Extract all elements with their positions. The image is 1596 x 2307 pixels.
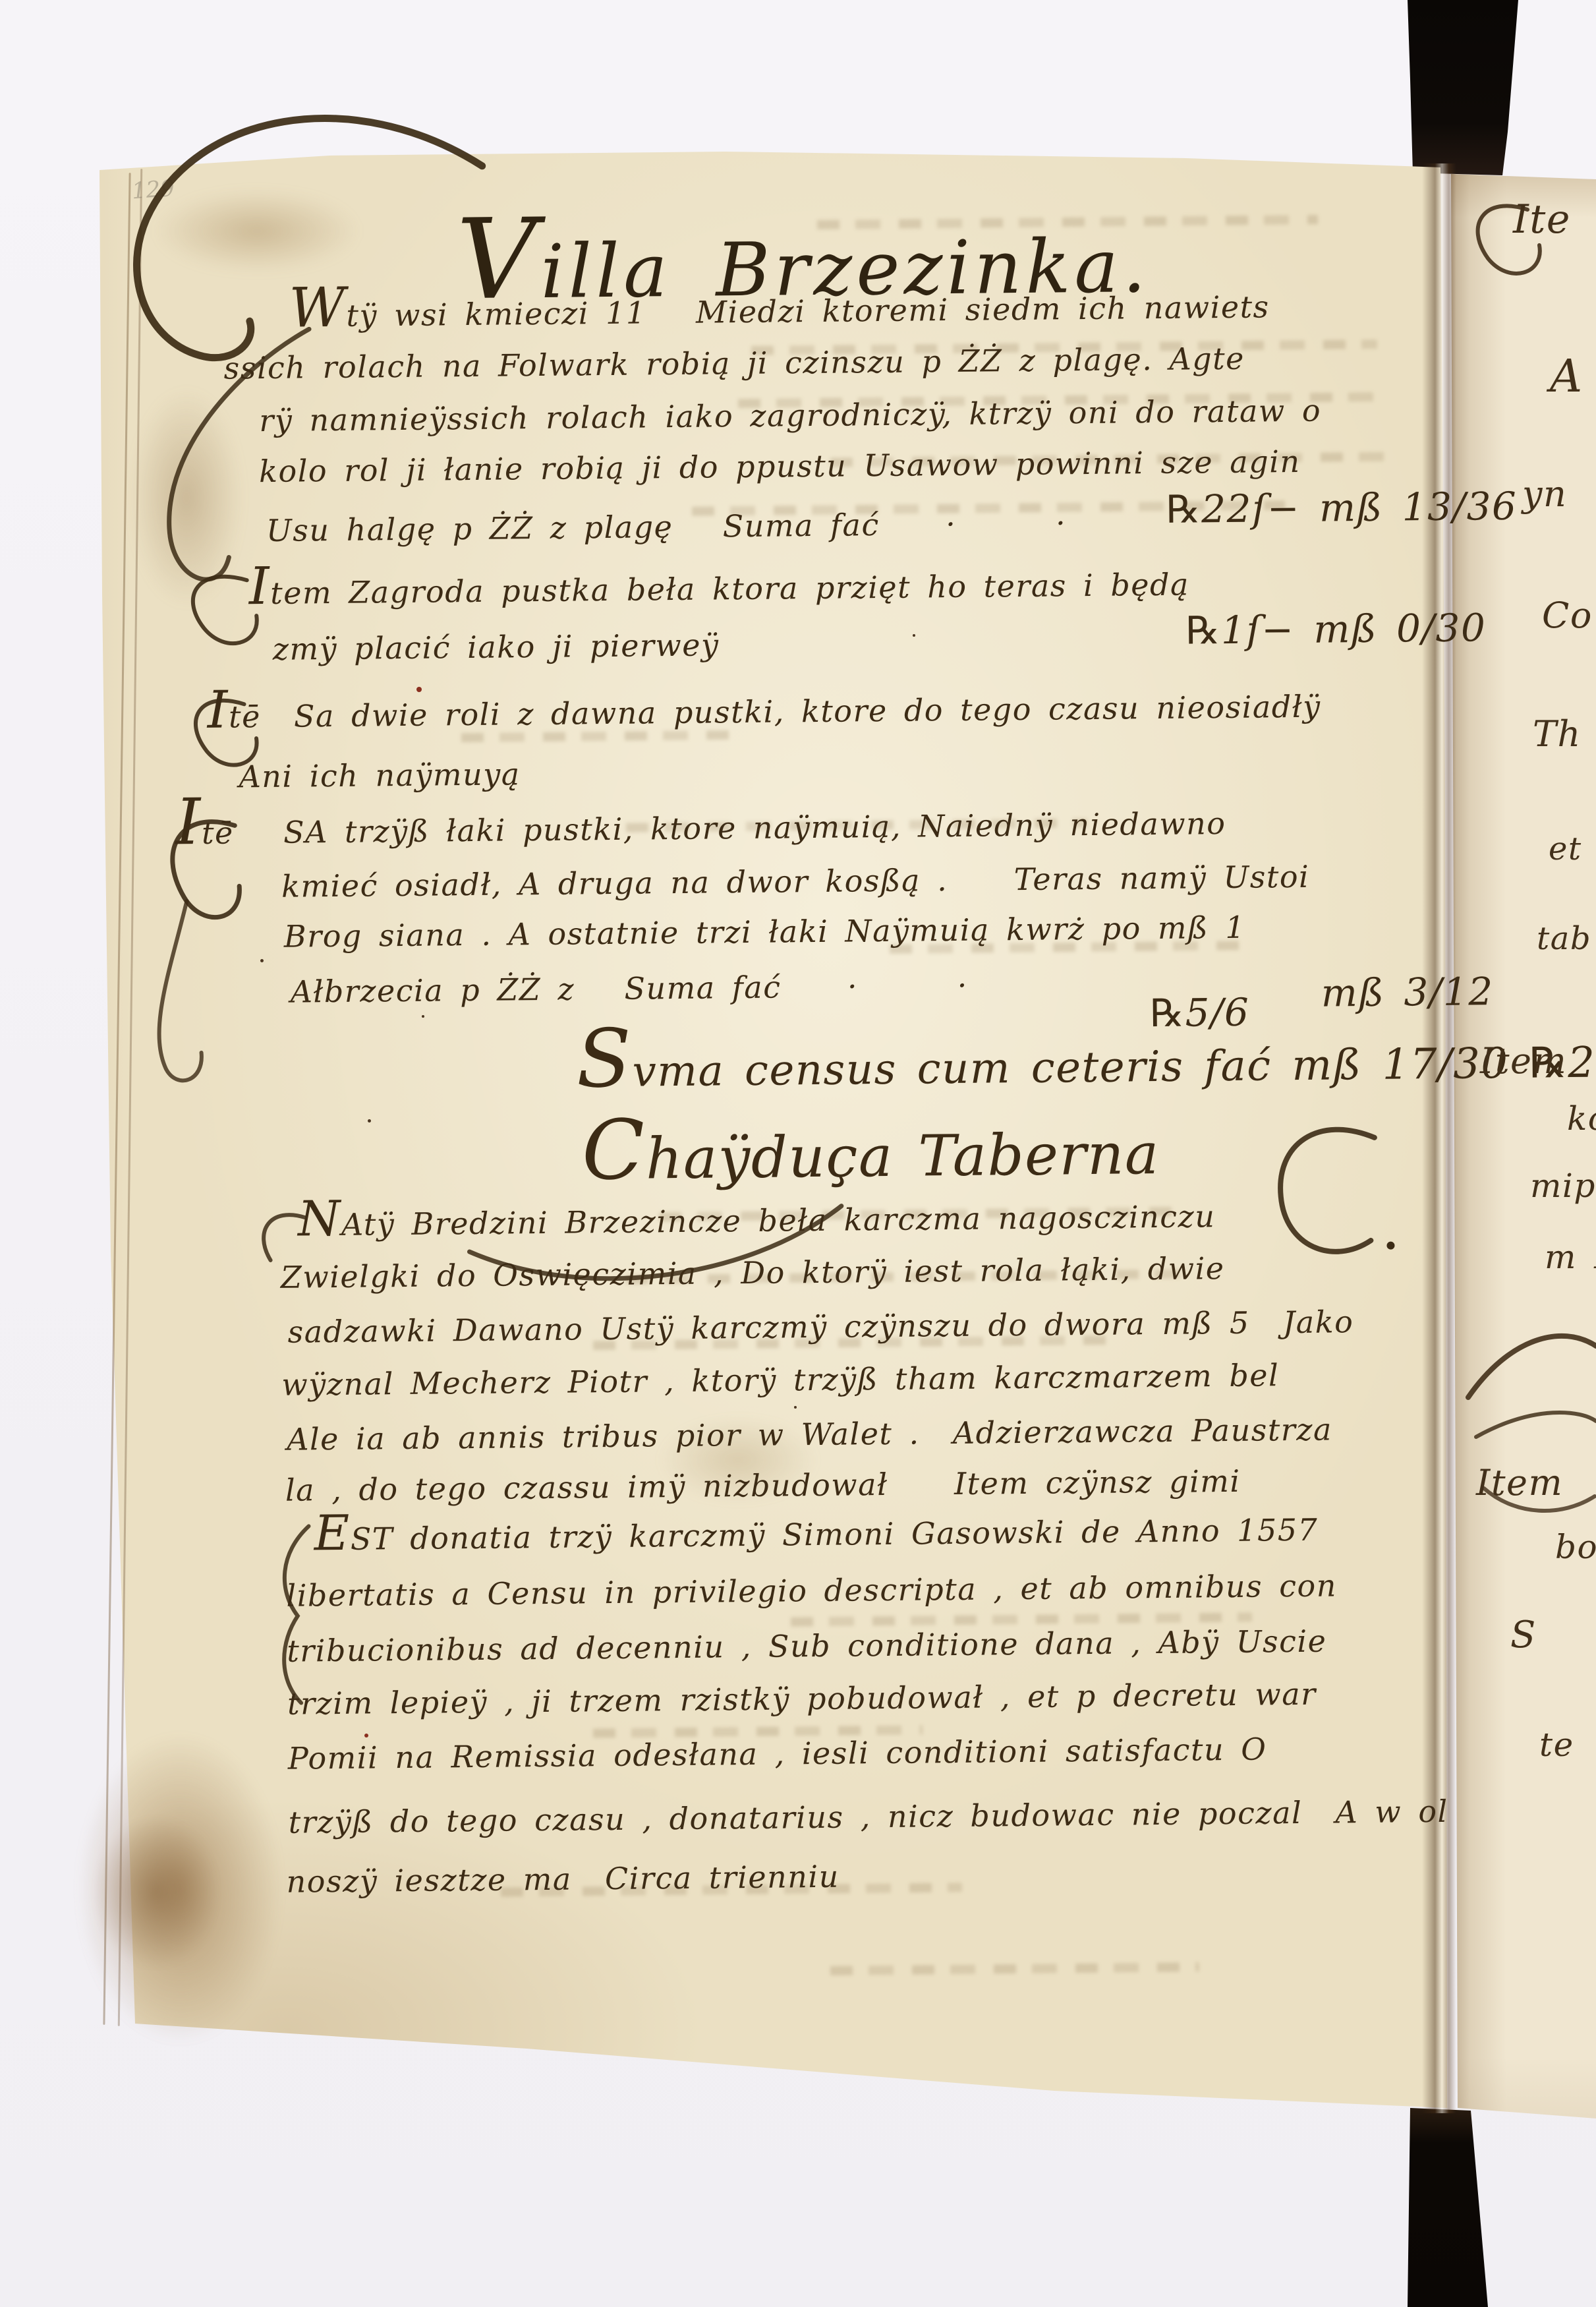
facing-page-flourish (0, 0, 1596, 2307)
facing-page-text-fragment: tab (1537, 920, 1591, 957)
facing-page-text-fragment: A (1550, 351, 1583, 403)
facing-page-text-fragment: et (1549, 831, 1582, 867)
facing-page-text-fragment: Th (1533, 713, 1582, 755)
manuscript-scan: { "document": { "kind_label": "handwritt… (0, 0, 1596, 2307)
facing-page-text-fragment: mip (1530, 1167, 1596, 1205)
facing-page-text-fragment: Item (1476, 1462, 1563, 1504)
facing-page-text-fragment: koo (1567, 1099, 1596, 1138)
facing-page-text-fragment: Ite (1513, 196, 1571, 243)
facing-page-fragments: IteAynCoThettabItemkoomipm BItemboSte (0, 0, 1596, 2307)
facing-page-text-fragment: S (1510, 1614, 1537, 1656)
facing-page-text-fragment: yn (1522, 473, 1567, 515)
facing-page-text-fragment: m B (1545, 1238, 1596, 1276)
facing-page-text-fragment: bo (1555, 1528, 1596, 1566)
facing-page-text-fragment: Item (1480, 1040, 1567, 1082)
facing-page-text-fragment: Co (1542, 595, 1593, 636)
facing-page-text-fragment: te (1539, 1726, 1574, 1764)
